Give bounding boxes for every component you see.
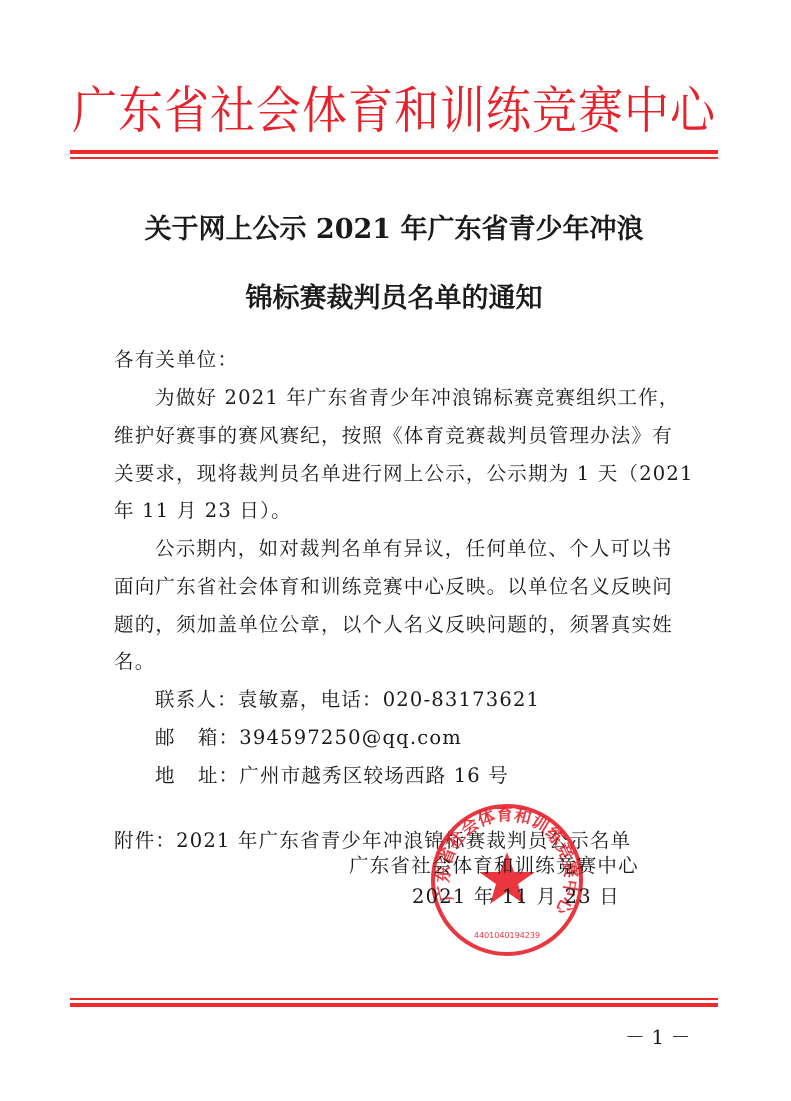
footer-rule-thin <box>70 998 718 1000</box>
letterhead-title: 广东省社会体育和训练竞赛中心 <box>70 70 718 143</box>
paragraph2-line: 公示期内，如对裁判名单有异议，任何单位、个人可以书 <box>155 538 673 560</box>
address-value: 广州市越秀区较场西路 16 号 <box>239 764 509 787</box>
paragraph1-line: 为做好 2021 年广东省青少年冲浪锦标赛竞赛组织工作， <box>155 387 680 409</box>
paragraph2-line: 名。 <box>114 651 155 673</box>
email-address[interactable]: 394597250@qq.com <box>239 726 462 749</box>
header-rule-thin <box>70 157 718 159</box>
paragraph2-line: 面向广东省社会体育和训练竞赛中心反映。以单位名义反映问 <box>114 576 673 598</box>
notice-title-line2: 锦标赛裁判员名单的通知 <box>70 276 718 315</box>
contact-email-row: 邮 箱：394597250@qq.com <box>155 727 462 749</box>
header-rule-thick <box>70 150 718 154</box>
paragraph2-line: 题的，须加盖单位公章，以个人名义反映问题的，须署真实姓 <box>114 614 673 636</box>
footer-rule-thick <box>70 1003 718 1007</box>
email-label: 邮 箱： <box>155 726 239 749</box>
paragraph1-line: 年 11 月 23 日）。 <box>114 500 292 522</box>
official-seal-icon: 广东省社会体育和训练竞赛中心 4401040194239 <box>427 800 587 960</box>
svg-text:4401040194239: 4401040194239 <box>474 931 540 940</box>
contact-address-row: 地 址：广州市越秀区较场西路 16 号 <box>155 765 509 787</box>
signature-organization: 广东省社会体育和训练竞赛中心 <box>349 850 639 878</box>
salutation: 各有关单位： <box>114 349 238 371</box>
notice-title-line1: 关于网上公示 2021 年广东省青少年冲浪 <box>70 207 718 246</box>
paragraph1-line: 维护好赛事的赛风赛纪，按照《体育竞赛裁判员管理办法》有 <box>114 425 673 447</box>
contact-person: 联系人：袁敏嘉，电话：020-83173621 <box>155 689 540 711</box>
paragraph1-line: 关要求，现将裁判员名单进行网上公示，公示期为 1 天（2021 <box>114 463 694 485</box>
signature-date: 2021 年 11 月 23 日 <box>412 881 620 909</box>
address-label: 地 址： <box>155 764 239 787</box>
page-number: － 1 － <box>625 1021 690 1050</box>
